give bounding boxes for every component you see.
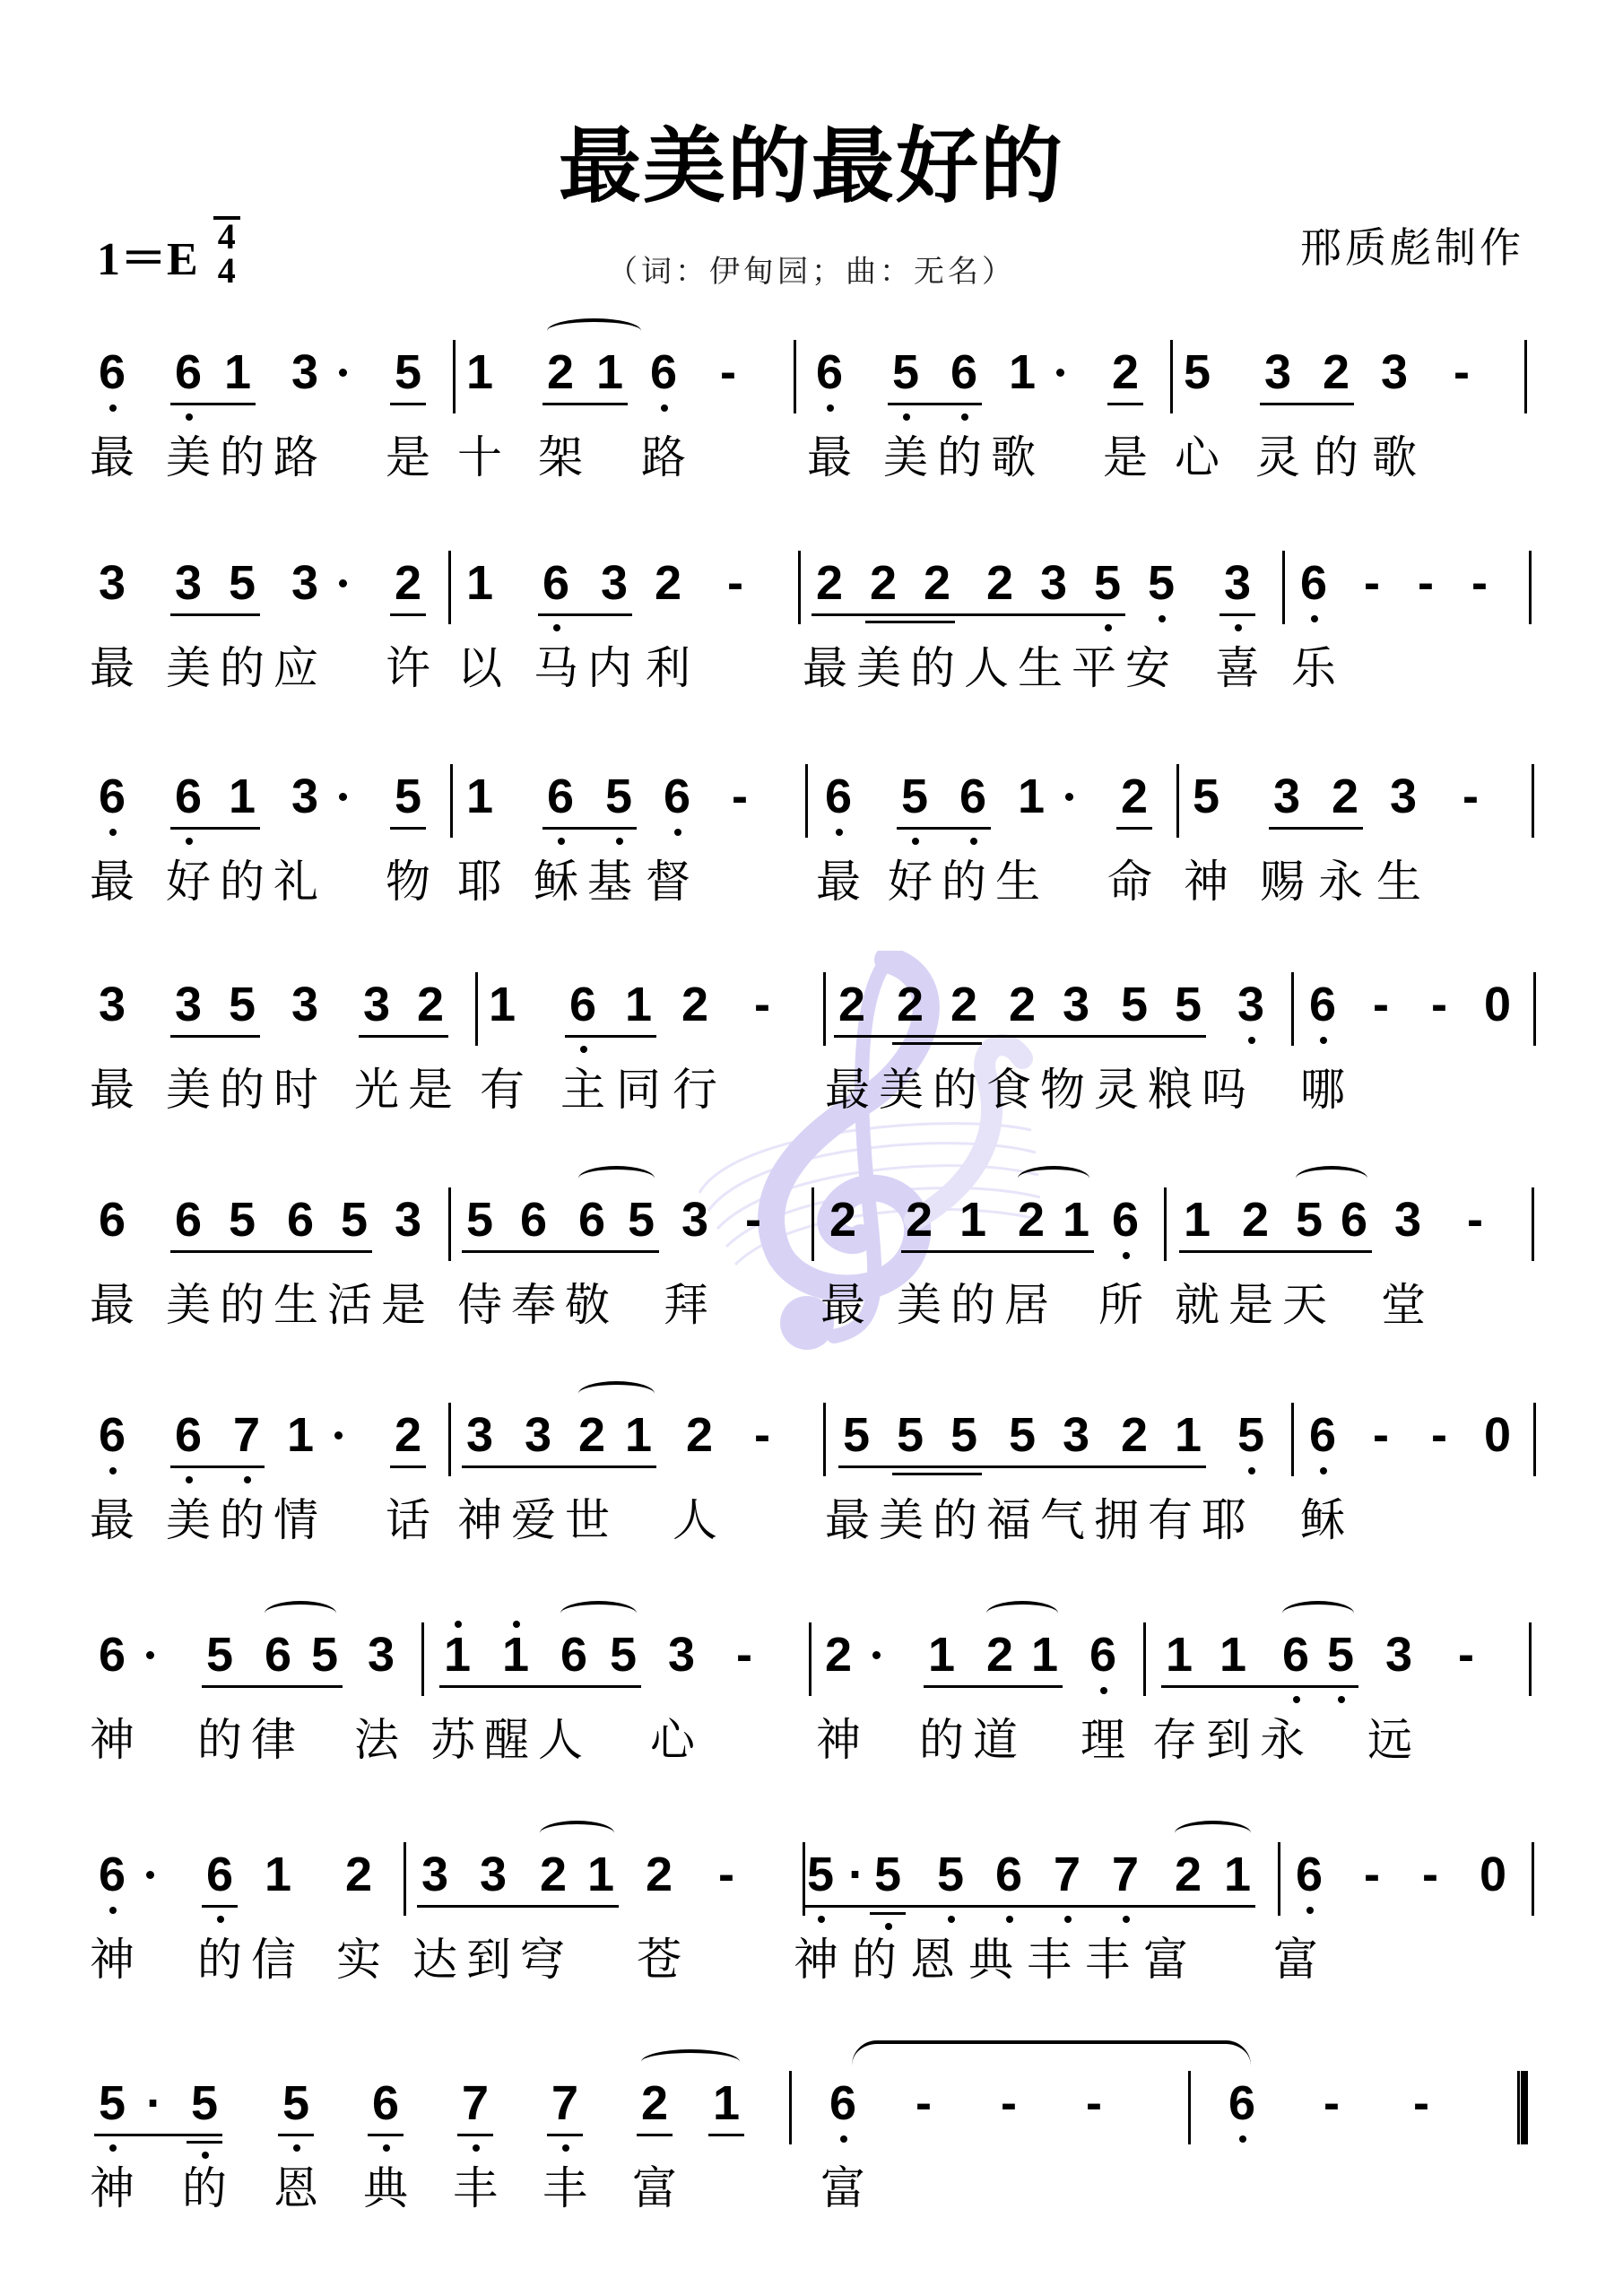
note: 1 bbox=[1004, 345, 1040, 399]
lyric-char: 粮 bbox=[1143, 1063, 1197, 1117]
long-tie bbox=[852, 2040, 1251, 2066]
lyric-char: 美 bbox=[879, 430, 933, 484]
extension-dash: - bbox=[1354, 556, 1390, 610]
low-octave-dot bbox=[674, 829, 681, 836]
rest: 0 bbox=[1475, 1848, 1511, 1901]
lyric-char: 好 bbox=[161, 855, 215, 909]
note: 2 bbox=[1013, 1193, 1049, 1247]
note: 6 bbox=[94, 1193, 130, 1247]
note: 1 bbox=[592, 345, 628, 399]
note: 5 bbox=[224, 978, 260, 1031]
low-octave-dot bbox=[970, 838, 977, 845]
note: 3 bbox=[1381, 1628, 1417, 1682]
extension-dash: - bbox=[1421, 1408, 1457, 1462]
lyric-char: 的 bbox=[937, 855, 991, 909]
beam-underline bbox=[901, 1250, 1094, 1253]
lyric-char: 喜 bbox=[1211, 641, 1264, 695]
lyric-char: 的 bbox=[928, 1493, 982, 1547]
lyric-char: 平 bbox=[1067, 641, 1121, 695]
extension-dash: - bbox=[722, 770, 758, 823]
lyric-char: 美 bbox=[161, 1493, 215, 1547]
lyric-char: 律 bbox=[247, 1713, 300, 1767]
lyric-char: 是 bbox=[404, 1063, 457, 1117]
lyric-char: 穹 bbox=[516, 1933, 569, 1987]
note: 5 bbox=[1179, 345, 1215, 399]
low-octave-dot bbox=[1311, 615, 1318, 622]
lyric-char: 同 bbox=[612, 1063, 665, 1117]
note: 5 bbox=[462, 1193, 498, 1247]
beam-underline bbox=[170, 403, 256, 405]
lyric-char: 美 bbox=[161, 1278, 215, 1332]
lyric-char: 命 bbox=[1103, 855, 1157, 909]
lyrics-row: 神的律法苏醒人心神的道理存到永远 bbox=[0, 1713, 1623, 1767]
note: 2 bbox=[919, 556, 955, 610]
lyric-char: 时 bbox=[269, 1063, 323, 1117]
notation-row: 661233212-5·55677216--0 bbox=[0, 1848, 1623, 1937]
slur bbox=[265, 1601, 336, 1626]
lyric-char: 最 bbox=[811, 855, 865, 909]
lyric-char: 的 bbox=[933, 430, 986, 484]
bar-line bbox=[450, 764, 453, 838]
notation-row: 3353321612-222235536--0 bbox=[0, 978, 1623, 1067]
note: 5 bbox=[888, 345, 924, 399]
lyric-char: 富 bbox=[816, 2161, 870, 2215]
lyric-char: 路 bbox=[269, 430, 323, 484]
lyric-char: 天 bbox=[1278, 1278, 1332, 1332]
low-octave-dot bbox=[948, 1916, 955, 1923]
note: 6 bbox=[202, 1848, 238, 1901]
beam-underline bbox=[457, 2134, 493, 2136]
low-octave-dot bbox=[109, 2144, 117, 2152]
note: 2 bbox=[650, 556, 686, 610]
lyric-char: 美 bbox=[874, 1063, 928, 1117]
note: 1 bbox=[462, 556, 498, 610]
bar-line bbox=[798, 551, 801, 624]
note: 1 bbox=[462, 345, 498, 399]
beam-underline bbox=[359, 1035, 448, 1038]
rest: 0 bbox=[1480, 1408, 1515, 1462]
beam-underline bbox=[803, 1905, 1255, 1908]
note: 2 bbox=[1327, 770, 1363, 823]
note: 1 bbox=[282, 1408, 318, 1462]
lyric-char: 存 bbox=[1148, 1713, 1202, 1767]
beam-underline bbox=[94, 2134, 222, 2136]
lyric-char: 的 bbox=[215, 430, 269, 484]
lyric-char: 的 bbox=[928, 1063, 982, 1117]
note: 2 bbox=[820, 1628, 856, 1682]
lyric-char: 神 bbox=[789, 1933, 843, 1987]
note: 3 bbox=[1260, 345, 1296, 399]
lyric-char: 礼 bbox=[269, 855, 323, 909]
lyric-char: 爱 bbox=[507, 1493, 560, 1547]
note: 6 bbox=[991, 1848, 1027, 1901]
note: 3 bbox=[1390, 1193, 1426, 1247]
beam-underline bbox=[838, 1465, 1206, 1468]
lyric-char: 美 bbox=[161, 430, 215, 484]
lyrics-row: 最好的礼物耶稣基督最好的生命神赐永生 bbox=[0, 855, 1623, 909]
note: 3 bbox=[1376, 345, 1412, 399]
note: 2 bbox=[574, 1408, 610, 1462]
lyric-char: 生 bbox=[1372, 855, 1426, 909]
bar-line bbox=[1176, 764, 1179, 838]
note: 3 bbox=[1233, 978, 1269, 1031]
extension-dash: - bbox=[735, 1193, 771, 1247]
note: 6 bbox=[646, 345, 681, 399]
lyric-char: 气 bbox=[1036, 1493, 1089, 1547]
note: 1 bbox=[1013, 770, 1049, 823]
note: 3 bbox=[359, 978, 395, 1031]
lyric-char: 是 bbox=[1098, 430, 1152, 484]
lyric-char: 美 bbox=[852, 641, 906, 695]
note: 6 bbox=[1296, 556, 1332, 610]
beam-underline bbox=[462, 1250, 659, 1253]
lyric-char: 的 bbox=[215, 855, 269, 909]
note: 1 bbox=[462, 770, 498, 823]
lyric-char: 美 bbox=[892, 1278, 946, 1332]
note: 5 bbox=[1089, 556, 1125, 610]
note: 6 bbox=[1291, 1848, 1327, 1901]
beam-underline bbox=[278, 2134, 314, 2136]
slur bbox=[986, 1601, 1058, 1626]
maker-credit: 邢质彪制作 bbox=[1300, 215, 1524, 274]
bar-line bbox=[1170, 340, 1173, 413]
note: 2 bbox=[390, 556, 426, 610]
final-bar-line bbox=[1517, 2071, 1528, 2144]
note: 5 bbox=[623, 1193, 659, 1247]
note: 6 bbox=[94, 1408, 130, 1462]
lyric-char: 神 bbox=[85, 1713, 139, 1767]
lyric-char: 最 bbox=[85, 1278, 139, 1332]
note: 1 bbox=[1215, 1628, 1251, 1682]
note: 6 bbox=[368, 2076, 404, 2130]
note: 1 bbox=[1161, 1628, 1197, 1682]
lyric-char: 最 bbox=[85, 1063, 139, 1117]
note: 3 bbox=[94, 978, 130, 1031]
note: 1 bbox=[260, 1848, 296, 1901]
note: 1 bbox=[484, 978, 520, 1031]
notation-row: 66565356653-22121612563- bbox=[0, 1193, 1623, 1283]
low-octave-dot bbox=[818, 1916, 825, 1923]
note: 5 bbox=[1291, 1193, 1327, 1247]
low-octave-dot bbox=[473, 2144, 480, 2152]
beam-underline bbox=[1219, 613, 1255, 616]
note: 6 bbox=[94, 770, 130, 823]
augmentation-dot bbox=[1065, 793, 1073, 801]
slur bbox=[560, 1601, 637, 1626]
note: 3 bbox=[170, 978, 206, 1031]
lyric-char: 醒 bbox=[480, 1713, 534, 1767]
bar-line bbox=[1282, 551, 1285, 624]
note: 6 bbox=[955, 770, 991, 823]
lyric-char: 典 bbox=[359, 2161, 412, 2215]
note: 2 bbox=[681, 1408, 717, 1462]
note: 3 bbox=[520, 1408, 556, 1462]
lyrics-row: 最美的应许以马内利最美的人生平安喜乐 bbox=[0, 641, 1623, 695]
low-octave-dot bbox=[1105, 624, 1112, 631]
lyric-char: 人 bbox=[668, 1493, 722, 1547]
lyric-char: 赐 bbox=[1255, 855, 1309, 909]
note: 5 bbox=[946, 1408, 982, 1462]
extension-dash: - bbox=[708, 1848, 744, 1901]
note: 2 bbox=[982, 1628, 1018, 1682]
low-octave-dot bbox=[562, 2144, 569, 2152]
note: 6 bbox=[811, 345, 847, 399]
note: 1 bbox=[1027, 1628, 1063, 1682]
low-octave-dot bbox=[186, 838, 193, 845]
extension-dash: - bbox=[1408, 556, 1444, 610]
bar-line bbox=[448, 551, 451, 624]
lyric-char: 法 bbox=[350, 1713, 404, 1767]
extension-dash: - bbox=[1412, 1848, 1448, 1901]
lyric-char: 的 bbox=[215, 1493, 269, 1547]
note: 1 bbox=[955, 1193, 991, 1247]
low-octave-dot bbox=[186, 1476, 193, 1483]
lyric-char: 神 bbox=[85, 2161, 139, 2215]
note: 1 bbox=[924, 1628, 959, 1682]
note: 2 bbox=[946, 978, 982, 1031]
note: 6 bbox=[1305, 978, 1341, 1031]
note: 2 bbox=[1170, 1848, 1206, 1901]
lyric-char: 最 bbox=[798, 641, 852, 695]
lyric-char: 生 bbox=[1013, 641, 1067, 695]
note: 1 bbox=[439, 1628, 475, 1682]
note: 3 bbox=[1058, 1408, 1094, 1462]
note: 5 bbox=[838, 1408, 874, 1462]
lyric-char: 以 bbox=[453, 641, 507, 695]
low-octave-dot bbox=[1100, 1687, 1107, 1694]
note: 5 bbox=[933, 1848, 968, 1901]
beam-underline bbox=[170, 1465, 265, 1468]
time-signature-bar bbox=[213, 216, 240, 220]
beam-underline bbox=[368, 2134, 404, 2136]
notation-row: 661351216-656125323- bbox=[0, 345, 1623, 435]
note: 2 bbox=[677, 978, 713, 1031]
note: 2 bbox=[542, 345, 578, 399]
lyric-char: 基 bbox=[583, 855, 637, 909]
beam-underline bbox=[542, 403, 628, 405]
extension-dash: - bbox=[717, 556, 753, 610]
lyric-char: 到 bbox=[462, 1933, 516, 1987]
lyric-char: 就 bbox=[1170, 1278, 1224, 1332]
lyrics-row: 最美的时光是有主同行最美的食物灵粮吗哪 bbox=[0, 1063, 1623, 1117]
note: 2 bbox=[834, 978, 870, 1031]
beam-underline bbox=[202, 1905, 238, 1908]
note: 7 bbox=[457, 2076, 493, 2130]
lyrics-row: 最美的情话神爱世人最美的福气拥有耶稣 bbox=[0, 1493, 1623, 1547]
extension-dash: - bbox=[744, 1408, 780, 1462]
note: 2 bbox=[892, 978, 928, 1031]
low-octave-dot bbox=[1123, 1252, 1130, 1259]
lyric-char: 的 bbox=[1309, 430, 1363, 484]
low-octave-dot bbox=[616, 838, 623, 845]
note: 5 bbox=[307, 1628, 343, 1682]
beam-underline bbox=[1269, 827, 1363, 830]
high-octave-dot bbox=[455, 1621, 462, 1628]
note: 1 bbox=[1058, 1193, 1094, 1247]
slur bbox=[1175, 1821, 1251, 1846]
note: 1 bbox=[498, 1628, 534, 1682]
lyric-char: 堂 bbox=[1376, 1278, 1430, 1332]
bar-line bbox=[1524, 340, 1527, 413]
note: 6 bbox=[565, 978, 601, 1031]
slur bbox=[1018, 1166, 1089, 1191]
lyric-char: 的 bbox=[906, 641, 959, 695]
lyric-char: 生 bbox=[269, 1278, 323, 1332]
note: 2 bbox=[982, 556, 1018, 610]
lyric-char: 吗 bbox=[1197, 1063, 1251, 1117]
lyric-char: 稣 bbox=[529, 855, 583, 909]
note: 6 bbox=[170, 770, 206, 823]
lyric-char: 歌 bbox=[1367, 430, 1421, 484]
lyric-char: 稣 bbox=[1296, 1493, 1350, 1547]
bar-line bbox=[1529, 1622, 1532, 1696]
lyric-char: 主 bbox=[556, 1063, 610, 1117]
note: 7 bbox=[1049, 1848, 1085, 1901]
lyric-char: 最 bbox=[85, 430, 139, 484]
note: 1 bbox=[1179, 1193, 1215, 1247]
bar-line bbox=[1532, 1187, 1534, 1261]
note: 5 bbox=[202, 1628, 238, 1682]
note: 6 bbox=[1305, 1408, 1341, 1462]
lyric-char: 信 bbox=[247, 1933, 300, 1987]
lyric-char: 耶 bbox=[453, 855, 507, 909]
lyric-char: 拜 bbox=[659, 1278, 713, 1332]
notation-row: 661351656-656125323- bbox=[0, 770, 1623, 859]
note: 1 bbox=[220, 345, 256, 399]
lyric-char: 苍 bbox=[632, 1933, 686, 1987]
low-octave-dot bbox=[1159, 615, 1166, 622]
low-octave-dot bbox=[558, 838, 565, 845]
lyric-char: 的 bbox=[178, 2161, 231, 2215]
note: 3 bbox=[664, 1628, 699, 1682]
note: 5 bbox=[1116, 978, 1152, 1031]
note: 6 bbox=[574, 1193, 610, 1247]
note: 1 bbox=[1219, 1848, 1255, 1901]
bar-line bbox=[805, 764, 808, 838]
lyric-char: 有 bbox=[475, 1063, 529, 1117]
lyric-char: 富 bbox=[1139, 1933, 1193, 1987]
bar-line bbox=[823, 972, 826, 1046]
lyric-char: 理 bbox=[1076, 1713, 1130, 1767]
low-octave-dot bbox=[1306, 1907, 1314, 1914]
beam-underline bbox=[924, 1685, 1063, 1688]
low-octave-dot bbox=[1235, 624, 1242, 631]
note: 5 bbox=[1323, 1628, 1358, 1682]
note: 6 bbox=[825, 2076, 861, 2130]
lyric-char: 丰 bbox=[1081, 1933, 1134, 1987]
lyric-char: 所 bbox=[1094, 1278, 1148, 1332]
bar-line bbox=[448, 1187, 451, 1261]
low-octave-dot bbox=[961, 413, 968, 421]
lyric-char: 神 bbox=[453, 1493, 507, 1547]
beam-underline bbox=[202, 1685, 343, 1688]
note: 3 bbox=[363, 1628, 399, 1682]
beam-underline bbox=[542, 827, 637, 830]
lyric-char: 富 bbox=[628, 2161, 681, 2215]
note: 6 bbox=[282, 1193, 318, 1247]
lyric-char: 恩 bbox=[269, 2161, 323, 2215]
lyric-char: 丰 bbox=[448, 2161, 502, 2215]
lyric-char: 情 bbox=[269, 1493, 323, 1547]
lyric-char: 的 bbox=[847, 1933, 901, 1987]
lyric-char: 最 bbox=[816, 1278, 870, 1332]
lyric-char: 道 bbox=[968, 1713, 1022, 1767]
lyric-char: 路 bbox=[637, 430, 690, 484]
augmentation-dot bbox=[334, 1431, 343, 1439]
note: 1 bbox=[708, 2076, 744, 2130]
beam-underline bbox=[865, 621, 955, 623]
bar-line bbox=[421, 1622, 424, 1696]
lyric-char: 是 bbox=[1224, 1278, 1278, 1332]
extension-dash: - bbox=[1462, 556, 1497, 610]
note: 6 bbox=[1278, 1628, 1314, 1682]
lyric-char: 神 bbox=[1179, 855, 1233, 909]
note: 3 bbox=[475, 1848, 511, 1901]
note: 3 bbox=[677, 1193, 713, 1247]
beam-underline bbox=[187, 2141, 222, 2144]
lyric-char: 乐 bbox=[1287, 641, 1341, 695]
beam-underline bbox=[1161, 1685, 1358, 1688]
note: 6 bbox=[946, 345, 982, 399]
note: 1 bbox=[224, 770, 260, 823]
note: 2 bbox=[1318, 345, 1354, 399]
bar-line bbox=[1291, 1403, 1294, 1476]
bar-line bbox=[1143, 1622, 1146, 1696]
beam-underline bbox=[439, 1685, 641, 1688]
note: · bbox=[838, 1848, 874, 1901]
beam-underline bbox=[390, 403, 426, 405]
lyric-char: 丰 bbox=[1022, 1933, 1076, 1987]
beam-underline bbox=[547, 2134, 583, 2136]
low-octave-dot bbox=[109, 1467, 117, 1474]
lyric-char: 的 bbox=[215, 1063, 269, 1117]
note: 6 bbox=[260, 1628, 296, 1682]
lyric-char: 的 bbox=[946, 1278, 1000, 1332]
lyric-char: 活 bbox=[323, 1278, 377, 1332]
beam-underline bbox=[390, 827, 426, 830]
lyric-char: 美 bbox=[161, 641, 215, 695]
note: 6 bbox=[542, 770, 578, 823]
lyric-char: 最 bbox=[803, 430, 856, 484]
lyrics-row: 神的恩典丰丰富富 bbox=[0, 2161, 1623, 2215]
lyric-char: 十 bbox=[453, 430, 507, 484]
lyric-char: 富 bbox=[1269, 1933, 1323, 1987]
extension-dash: - bbox=[1448, 1628, 1484, 1682]
extension-dash: - bbox=[1314, 2076, 1350, 2130]
lyric-char: 最 bbox=[820, 1063, 874, 1117]
note: 5 bbox=[390, 770, 426, 823]
lyric-char: 是 bbox=[381, 430, 435, 484]
lyric-char: 永 bbox=[1314, 855, 1367, 909]
bar-line bbox=[475, 972, 478, 1046]
beam-underline bbox=[1260, 403, 1354, 405]
note: 7 bbox=[547, 2076, 583, 2130]
bar-line bbox=[1533, 1403, 1536, 1476]
low-octave-dot bbox=[1248, 1037, 1255, 1044]
lyric-char: 安 bbox=[1121, 641, 1175, 695]
lyric-char: 心 bbox=[646, 1713, 699, 1767]
note: 5 bbox=[1143, 556, 1179, 610]
lyric-char: 督 bbox=[641, 855, 695, 909]
slur bbox=[578, 1381, 655, 1406]
low-octave-dot bbox=[109, 829, 117, 836]
lyric-char: 的 bbox=[193, 1933, 247, 1987]
low-octave-dot bbox=[383, 2144, 390, 2152]
note: 1 bbox=[621, 978, 656, 1031]
bar-line bbox=[1188, 2071, 1191, 2144]
extension-dash: - bbox=[1363, 978, 1399, 1031]
note: 2 bbox=[637, 2076, 673, 2130]
